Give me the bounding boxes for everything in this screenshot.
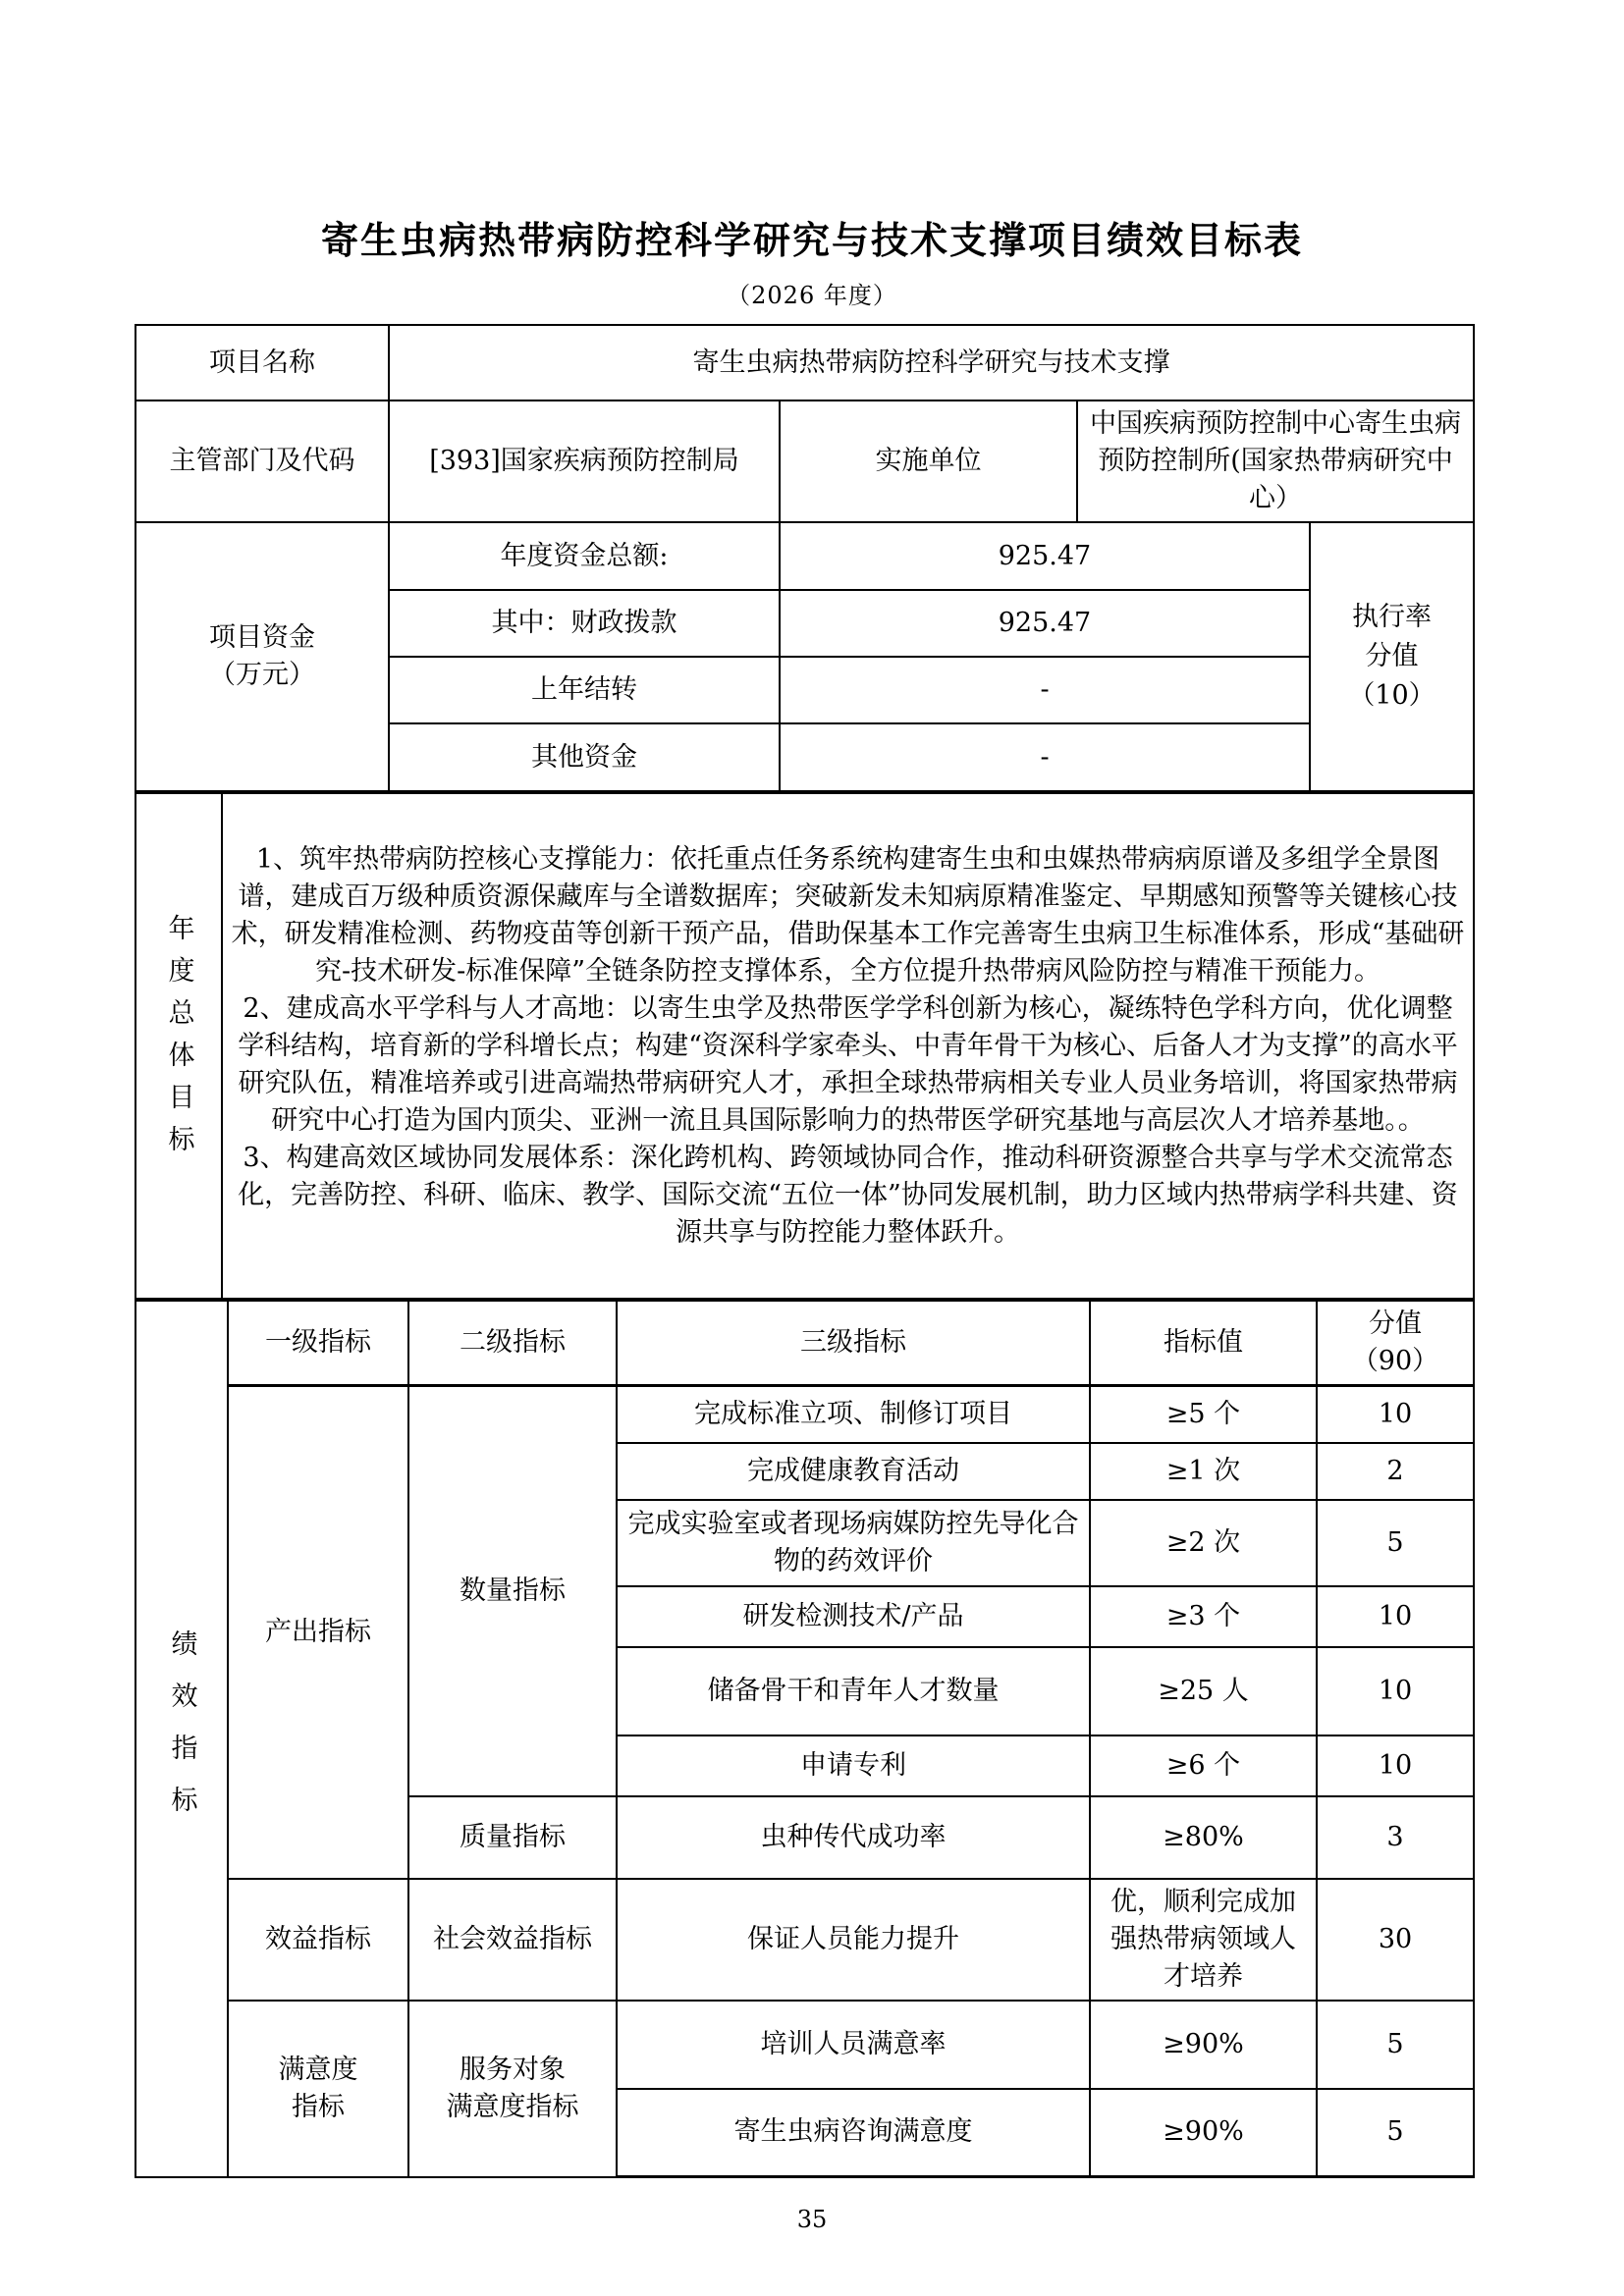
indicator-score: 5 (1317, 2001, 1474, 2089)
annual-goal-table: 年度总体目标 1、筑牢热带病防控核心支撑能力：依托重点任务系统构建寄生虫和虫媒热… (135, 792, 1475, 1300)
indicator-value: ≥6 个 (1090, 1735, 1317, 1796)
indicator-score: 5 (1317, 1500, 1474, 1586)
indicator-value: ≥1 次 (1090, 1443, 1317, 1500)
project-name-label: 项目名称 (135, 325, 389, 400)
indicator-value: ≥2 次 (1090, 1500, 1317, 1586)
indicator-value: ≥5 个 (1090, 1386, 1317, 1443)
annual-goal-label: 年度总体目标 (135, 793, 222, 1299)
indicator-l3: 保证人员能力提升 (617, 1879, 1090, 2001)
indicator-row: 满意度 指标 服务对象 满意度指标 培训人员满意率 ≥90% 5 (135, 2001, 1474, 2089)
annual-goal-text: 1、筑牢热带病防控核心支撑能力：依托重点任务系统构建寄生虫和虫媒热带病病原谱及多… (222, 793, 1474, 1299)
group-output: 产出指标 (228, 1386, 408, 1879)
indicator-value: ≥90% (1090, 2089, 1317, 2177)
indicator-score: 30 (1317, 1879, 1474, 2001)
group-quantity: 数量指标 (408, 1386, 617, 1796)
header-level2: 二级指标 (408, 1301, 617, 1386)
indicators-label-text: 绩效指标 (169, 1629, 195, 1838)
indicator-score: 10 (1317, 1586, 1474, 1647)
indicators-header-row: 绩效指标 一级指标 二级指标 三级指标 指标值 分值 （90） (135, 1301, 1474, 1386)
indicator-l3: 寄生虫病咨询满意度 (617, 2089, 1090, 2177)
indicator-score: 10 (1317, 1647, 1474, 1735)
fund-carryover-value: - (780, 657, 1310, 723)
group-benefit: 效益指标 (228, 1879, 408, 2001)
indicator-row: 效益指标 社会效益指标 保证人员能力提升 优，顺利完成加强热带病领域人才培养 3… (135, 1879, 1474, 2001)
indicator-score: 3 (1317, 1796, 1474, 1879)
fund-appropriation-label: 其中：财政拨款 (389, 590, 780, 657)
project-name-value: 寄生虫病热带病防控科学研究与技术支撑 (389, 325, 1474, 400)
indicator-value: ≥90% (1090, 2001, 1317, 2089)
goal-paragraph-3: 3、构建高效区域协同发展体系：深化跨机构、跨领域协同合作，推动科研资源整合共享与… (231, 1140, 1465, 1252)
indicator-l3: 培训人员满意率 (617, 2001, 1090, 2089)
indicator-l3: 完成健康教育活动 (617, 1443, 1090, 1500)
fund-row-total: 项目资金 （万元） 年度资金总额: 925.47 执行率 分值 （10） (135, 522, 1474, 590)
page-subtitle: （2026 年度） (0, 276, 1624, 310)
indicator-score: 10 (1317, 1735, 1474, 1796)
header-level1: 一级指标 (228, 1301, 408, 1386)
fund-total-value: 925.47 (780, 522, 1310, 590)
indicator-score: 2 (1317, 1443, 1474, 1500)
goal-paragraph-2: 2、建成高水平学科与人才高地：以寄生虫学及热带医学学科创新为核心，凝练特色学科方… (231, 990, 1465, 1140)
page-title: 寄生虫病热带病防控科学研究与技术支撑项目绩效目标表 (0, 210, 1624, 264)
group-service: 服务对象 满意度指标 (408, 2001, 617, 2177)
execution-rate-label: 执行率 分值 （10） (1310, 522, 1474, 791)
fund-other-value: - (780, 723, 1310, 791)
goal-paragraph-1: 1、筑牢热带病防控核心支撑能力：依托重点任务系统构建寄生虫和虫媒热带病病原谱及多… (231, 841, 1465, 990)
header-level3: 三级指标 (617, 1301, 1090, 1386)
funds-label: 项目资金 （万元） (135, 522, 389, 791)
annual-goal-row: 年度总体目标 1、筑牢热带病防控核心支撑能力：依托重点任务系统构建寄生虫和虫媒热… (135, 793, 1474, 1299)
indicator-value: ≥80% (1090, 1796, 1317, 1879)
implement-unit-value: 中国疾病预防控制中心寄生虫病预防控制所(国家热带病研究中心） (1077, 400, 1474, 522)
indicator-l3: 完成标准立项、制修订项目 (617, 1386, 1090, 1443)
group-quality: 质量指标 (408, 1796, 617, 1879)
header-score: 分值 （90） (1317, 1301, 1474, 1386)
indicator-score: 5 (1317, 2089, 1474, 2177)
annual-goal-label-text: 年度总体目标 (166, 914, 192, 1167)
header-value: 指标值 (1090, 1301, 1317, 1386)
indicator-value: 优，顺利完成加强热带病领域人才培养 (1090, 1879, 1317, 2001)
indicator-value: ≥25 人 (1090, 1647, 1317, 1735)
fund-total-label: 年度资金总额: (389, 522, 780, 590)
department-row: 主管部门及代码 [393]国家疾病预防控制局 实施单位 中国疾病预防控制中心寄生… (135, 400, 1474, 522)
indicator-row: 产出指标 数量指标 完成标准立项、制修订项目 ≥5 个 10 (135, 1386, 1474, 1443)
department-label: 主管部门及代码 (135, 400, 389, 522)
project-info-table: 项目名称 寄生虫病热带病防控科学研究与技术支撑 主管部门及代码 [393]国家疾… (135, 324, 1475, 792)
page-number: 35 (0, 2206, 1624, 2233)
indicator-l3: 完成实验室或者现场病媒防控先导化合物的药效评价 (617, 1500, 1090, 1586)
implement-unit-label: 实施单位 (780, 400, 1077, 522)
fund-appropriation-value: 925.47 (780, 590, 1310, 657)
group-social: 社会效益指标 (408, 1879, 617, 2001)
indicator-l3: 储备骨干和青年人才数量 (617, 1647, 1090, 1735)
indicators-label: 绩效指标 (135, 1301, 228, 2177)
project-name-row: 项目名称 寄生虫病热带病防控科学研究与技术支撑 (135, 325, 1474, 400)
indicator-score: 10 (1317, 1386, 1474, 1443)
document-page: 寄生虫病热带病防控科学研究与技术支撑项目绩效目标表 （2026 年度） 项目名称… (0, 0, 1624, 2296)
indicators-table: 绩效指标 一级指标 二级指标 三级指标 指标值 分值 （90） 产出指标 数量指… (135, 1300, 1475, 2178)
fund-carryover-label: 上年结转 (389, 657, 780, 723)
indicator-l3: 研发检测技术/产品 (617, 1586, 1090, 1647)
indicator-l3: 申请专利 (617, 1735, 1090, 1796)
group-satisfaction: 满意度 指标 (228, 2001, 408, 2177)
fund-other-label: 其他资金 (389, 723, 780, 791)
indicator-l3: 虫种传代成功率 (617, 1796, 1090, 1879)
department-value: [393]国家疾病预防控制局 (389, 400, 780, 522)
indicator-value: ≥3 个 (1090, 1586, 1317, 1647)
